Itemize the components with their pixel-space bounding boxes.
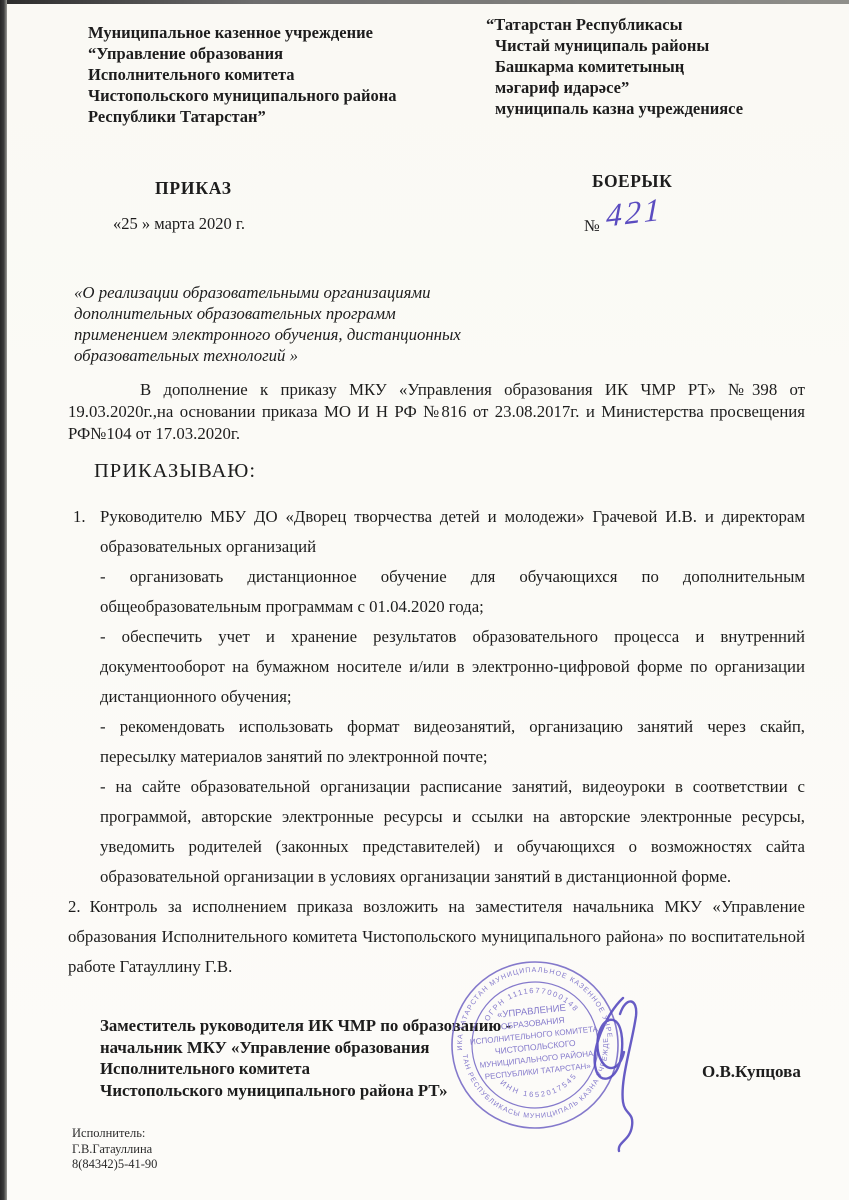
item-bullet: - организовать дистанционное обучение дл…	[100, 562, 805, 622]
org-name-line: Чистай муниципаль районы	[495, 35, 831, 56]
item-number: 1.	[68, 502, 100, 892]
order-subject: «О реализации образовательными организац…	[74, 282, 564, 366]
order-number-sign: №	[584, 216, 600, 236]
org-name-line: муниципаль казна учреждениясе	[495, 98, 831, 119]
executor-line: Г.В.Гатауллина	[72, 1142, 157, 1158]
org-name-line: “Татарстан Республикасы	[486, 14, 831, 35]
order-date: «25 » марта 2020 г.	[113, 214, 245, 234]
item-bullet: - обеспечить учет и хранение результатов…	[100, 622, 805, 712]
org-name-line: Чистопольского муниципального района	[88, 85, 483, 106]
item-text: Контроль за исполнением приказа возложит…	[68, 897, 805, 976]
executor-line: 8(84342)5-41-90	[72, 1157, 157, 1173]
org-name-line: Башкарма комитетының	[495, 56, 831, 77]
item-number: 2.	[68, 897, 81, 916]
scan-edge-top	[0, 0, 849, 4]
order-item-2: 2.Контроль за исполнением приказа возлож…	[68, 892, 805, 982]
order-number-handwritten: 421	[606, 190, 663, 234]
executor-line: Исполнитель:	[72, 1126, 157, 1142]
subject-line: дополнительных образовательных программ	[74, 303, 564, 324]
signature-stroke	[595, 998, 624, 1079]
scanned-order-document: Муниципальное казенное учреждение “Управ…	[0, 0, 849, 1200]
signatory-position-line: Чистопольского муниципального района РТ»	[100, 1080, 511, 1102]
item-bullet: - на сайте образовательной организации р…	[100, 772, 805, 892]
order-item-1: 1. Руководителю МБУ ДО «Дворец творчеств…	[68, 502, 805, 892]
org-name-line: мәгариф идарәсе”	[495, 77, 831, 98]
subject-line: образовательных технологий »	[74, 345, 564, 366]
org-name-tatar: “Татарстан Республикасы Чистай муниципал…	[486, 14, 831, 119]
executor-info: Исполнитель: Г.В.Гатауллина 8(84342)5-41…	[72, 1126, 157, 1173]
scan-edge-left	[0, 0, 7, 1200]
org-name-line: Республики Татарстан”	[88, 106, 483, 127]
order-title-tatar: БОЕРЫК	[592, 171, 672, 192]
order-title-russian: ПРИКАЗ	[155, 178, 232, 199]
org-name-line: Муниципальное казенное учреждение	[88, 22, 483, 43]
decree-heading: ПРИКАЗЫВАЮ:	[94, 460, 256, 483]
subject-line: применением электронного обучения, диста…	[74, 324, 564, 345]
handwritten-signature	[568, 984, 658, 1154]
signature-stroke	[619, 1001, 636, 1151]
item-lead: Руководителю МБУ ДО «Дворец творчества д…	[100, 502, 805, 562]
org-name-line: “Управление образования	[88, 43, 483, 64]
item-body: Руководителю МБУ ДО «Дворец творчества д…	[100, 502, 805, 892]
order-items: 1. Руководителю МБУ ДО «Дворец творчеств…	[68, 502, 805, 982]
preamble-paragraph: В дополнение к приказу МКУ «Управления о…	[68, 379, 805, 445]
signatory-name: О.В.Купцова	[702, 1062, 801, 1082]
org-name-russian: Муниципальное казенное учреждение “Управ…	[88, 22, 483, 127]
item-bullet: - рекомендовать использовать формат виде…	[100, 712, 805, 772]
org-name-line: Исполнительного комитета	[88, 64, 483, 85]
subject-line: «О реализации образовательными организац…	[74, 282, 564, 303]
